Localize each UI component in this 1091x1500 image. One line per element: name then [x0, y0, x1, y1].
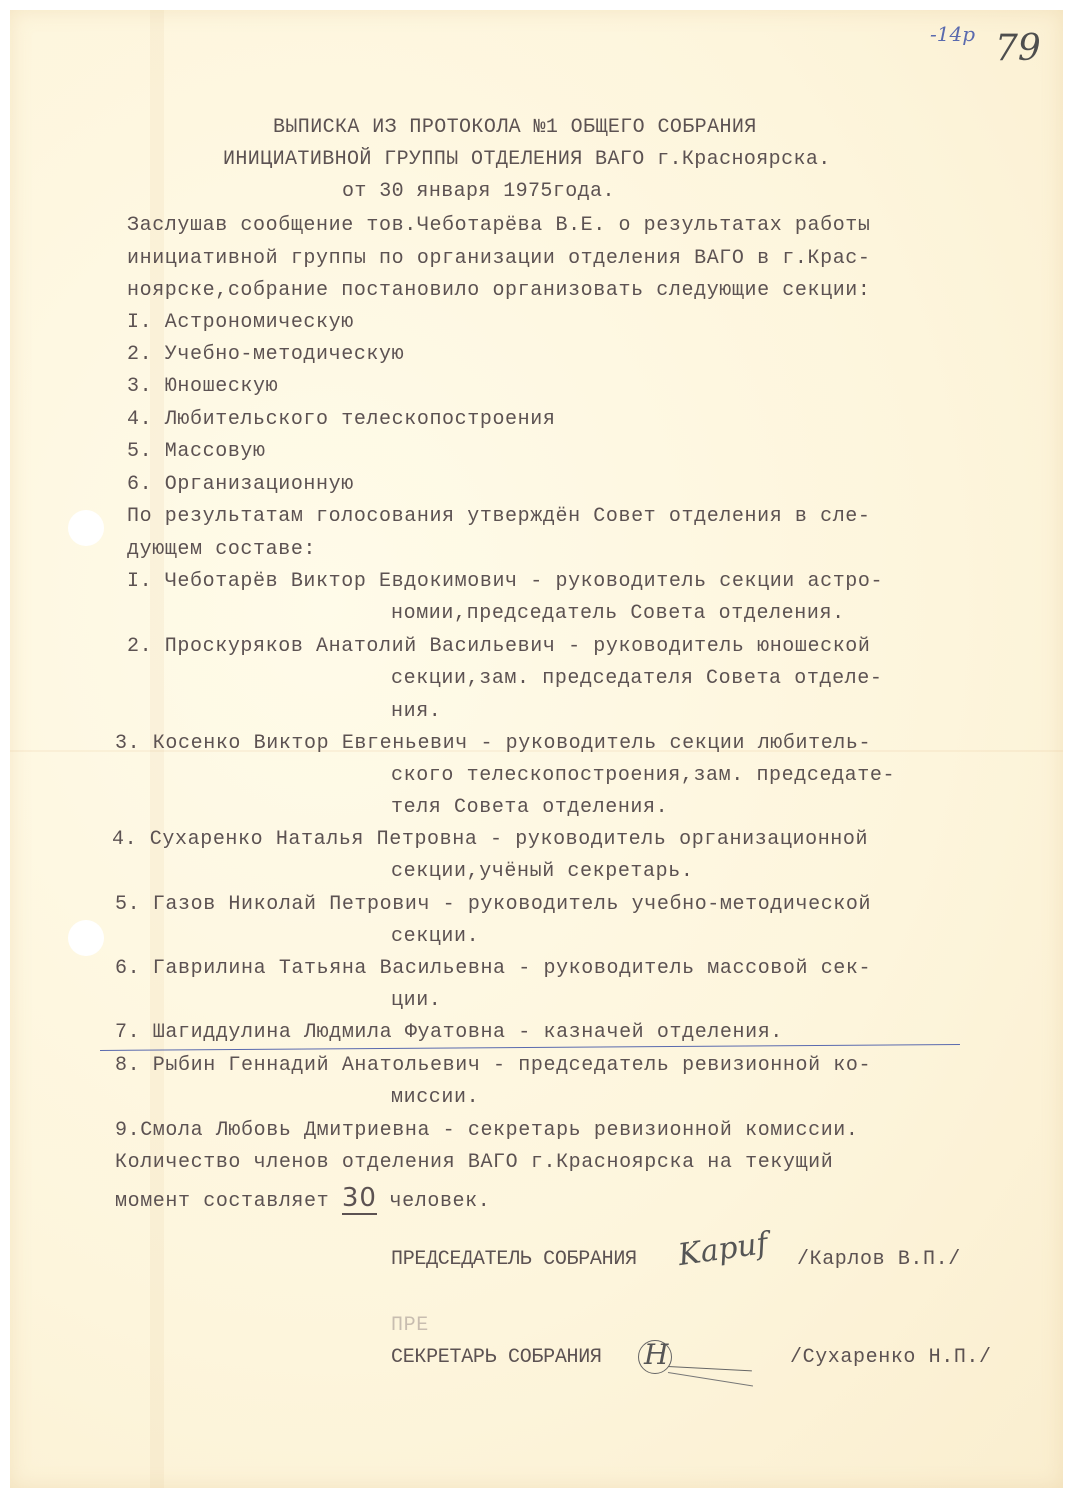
members-line-2: момент составляет 30 человек. — [115, 1185, 490, 1212]
council-intro-line: По результатам голосования утверждён Сов… — [127, 507, 871, 527]
blue-pencil-mark: -14р — [930, 22, 975, 46]
heading-line-1: ВЫПИСКА ИЗ ПРОТОКОЛА №1 ОБЩЕГО СОБРАНИЯ — [273, 118, 757, 138]
chair-label: ПРЕДСЕДАТЕЛЬ СОБРАНИЯ — [391, 1250, 637, 1270]
members-line: Количество членов отделения ВАГО г.Красн… — [115, 1153, 833, 1173]
council-member-cont: секции,зам. председателя Совета отделе- — [391, 669, 882, 689]
intro-line: инициативной группы по организации отдел… — [127, 249, 871, 269]
intro-line: ноярске,собрание постановило организоват… — [127, 281, 871, 301]
section-item: 3. Юношескую — [127, 377, 278, 397]
council-member-cont: секции,учёный секретарь. — [391, 862, 693, 882]
council-member: 8. Рыбин Геннадий Анатольевич - председа… — [115, 1056, 871, 1076]
secretary-name: /Сухаренко Н.П./ — [790, 1348, 992, 1368]
intro-line: Заслушав сообщение тов.Чеботарёва В.Е. о… — [127, 216, 871, 236]
council-member-cont: секции. — [391, 927, 479, 947]
members-count-handwritten: 30 — [342, 1183, 377, 1215]
heading-line-2: ИНИЦИАТИВНОЙ ГРУППЫ ОТДЕЛЕНИЯ ВАГО г.Кра… — [223, 150, 831, 170]
section-item: I. Астрономическую — [127, 313, 354, 333]
council-member-cont: миссии. — [391, 1088, 479, 1108]
secretary-signature: Н — [644, 1338, 668, 1371]
council-member: 4. Сухаренко Наталья Петровна - руководи… — [112, 830, 868, 850]
council-member: 3. Косенко Виктор Евгеньевич - руководит… — [115, 734, 871, 754]
council-member: 6. Гаврилина Татьяна Васильевна - руково… — [115, 959, 871, 979]
members-suffix: человек. — [390, 1190, 491, 1213]
section-item: 4. Любительского телескопостроения — [127, 410, 555, 430]
section-item: 2. Учебно-методическую — [127, 345, 404, 365]
council-member: 7. Шагиддулина Людмила Фуатовна - казнач… — [115, 1023, 783, 1043]
council-member: 5. Газов Николай Петрович - руководитель… — [115, 895, 871, 915]
council-member: 9.Смола Любовь Дмитриевна - секретарь ре… — [115, 1121, 859, 1141]
council-member-cont: ского телескопостроения,зам. председате- — [391, 766, 895, 786]
folio-number: 79 — [995, 28, 1041, 69]
punch-hole-top — [68, 510, 104, 546]
punch-hole-bottom — [68, 920, 104, 956]
secretary-label: СЕКРЕТАРЬ СОБРАНИЯ — [391, 1348, 602, 1368]
heading-date: от 30 января 1975года. — [342, 182, 615, 202]
section-item: 6. Организационную — [127, 475, 354, 495]
council-member-cont: теля Совета отделения. — [391, 798, 668, 818]
council-intro-line: дующем составе: — [127, 540, 316, 560]
council-member-cont: ния. — [391, 702, 441, 722]
council-member: 2. Проскуряков Анатолий Васильевич - рук… — [127, 637, 871, 657]
chair-name: /Карлов В.П./ — [797, 1250, 961, 1270]
council-member-cont: номии,председатель Совета отделения. — [391, 604, 845, 624]
council-member-cont: ции. — [391, 991, 441, 1011]
section-item: 5. Массовую — [127, 442, 266, 462]
struck-text: ПРЕ — [391, 1316, 429, 1336]
council-member: I. Чеботарёв Виктор Евдокимович - руково… — [127, 572, 883, 592]
members-prefix: момент составляет — [115, 1190, 329, 1213]
